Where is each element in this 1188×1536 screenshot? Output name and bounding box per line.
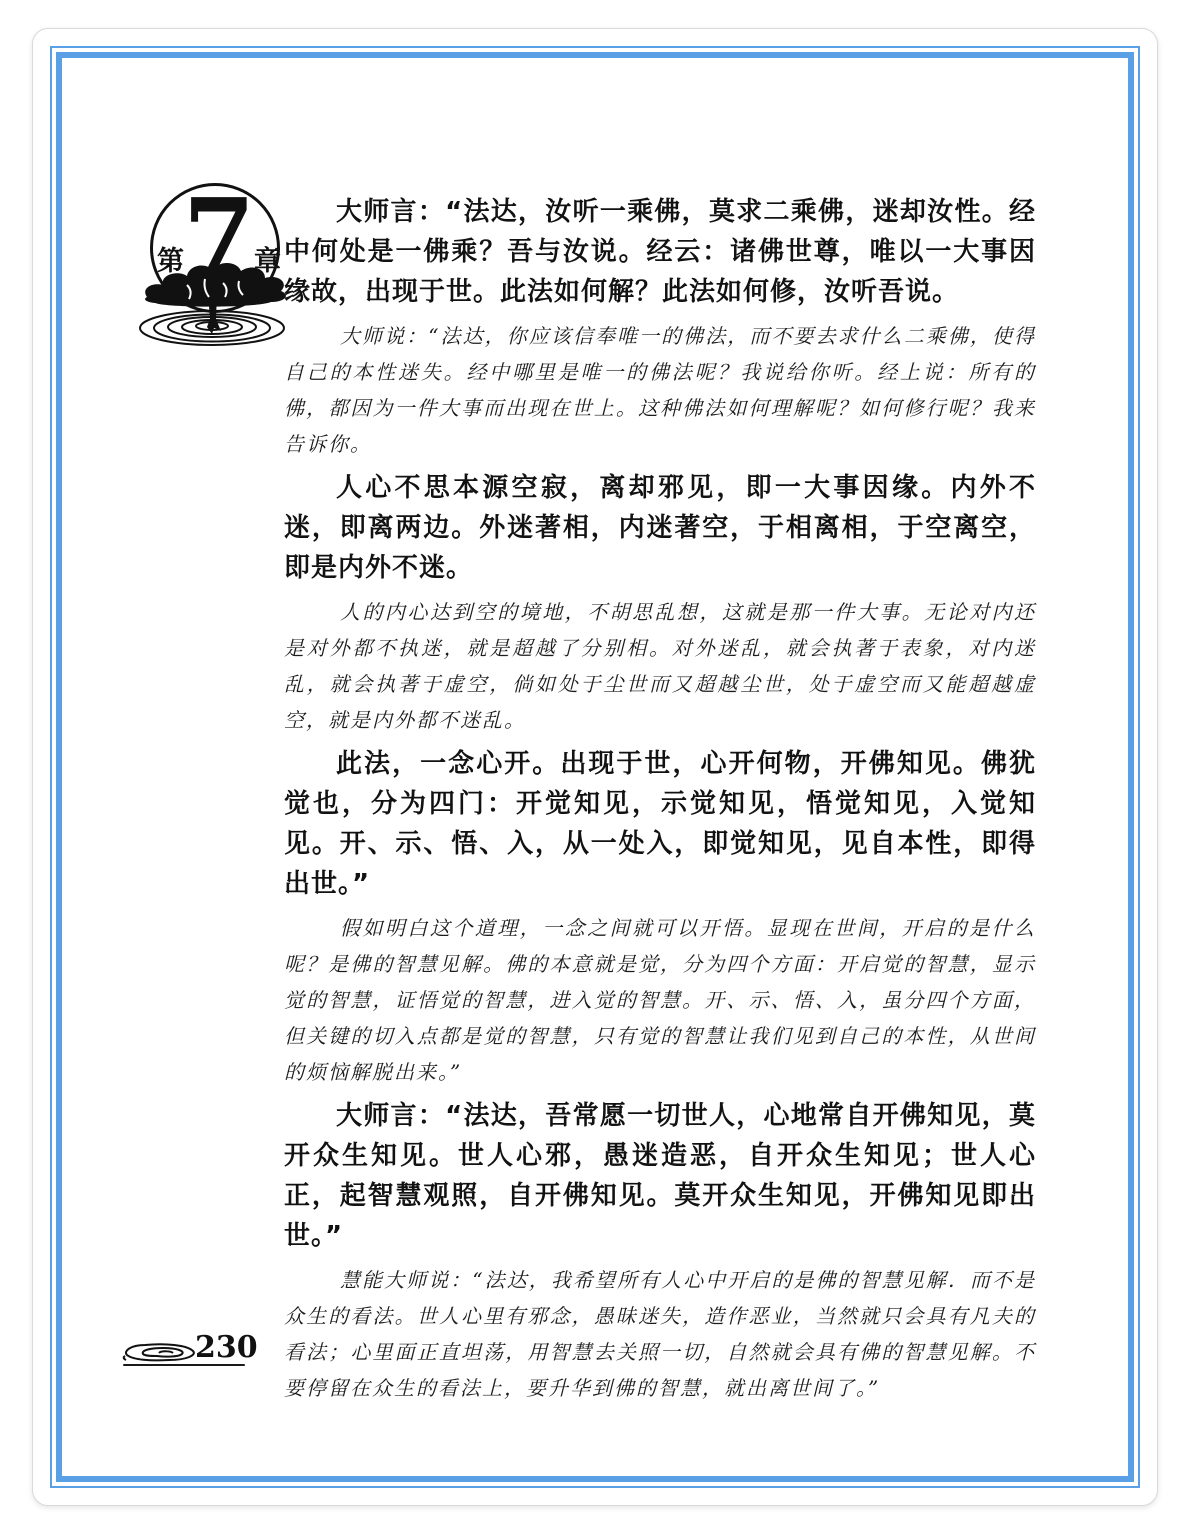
book-page: 第 7 章 (32, 28, 1158, 1506)
page-number: 230 (195, 1331, 258, 1365)
commentary-paragraph: 大师说：“法达，你应该信奉唯一的佛法，而不要去求什么二乘佛，使得自己的本性迷失。… (284, 318, 1036, 462)
sutra-quote-paragraph: 大师言：“法达，吾常愿一切世人，心地常自开佛知见，莫开众生知见。世人心邪，愚迷造… (284, 1096, 1036, 1256)
commentary-paragraph: 慧能大师说：“法达，我希望所有人心中开启的是佛的智慧见解．而不是众生的看法。世人… (284, 1262, 1036, 1406)
commentary-paragraph: 假如明白这个道理，一念之间就可以开悟。显现在世间，开启的是什么呢？是佛的智慧见解… (284, 910, 1036, 1090)
sutra-quote-paragraph: 大师言：“法达，汝听一乘佛，莫求二乘佛，迷却汝性。经中何处是一佛乘？吾与汝说。经… (284, 192, 1036, 312)
cloud-ornament-icon (121, 1339, 199, 1367)
sutra-quote-paragraph: 此法，一念心开。出现于世，心开何物，开佛知见。佛犹觉也，分为四门：开觉知见，示觉… (284, 744, 1036, 904)
sutra-quote-paragraph: 人心不思本源空寂，离却邪见，即一大事因缘。内外不迷，即离两边。外迷著相，内迷著空… (284, 468, 1036, 588)
chapter-badge: 第 7 章 (139, 181, 299, 361)
page-background: 第 7 章 (0, 0, 1188, 1536)
page-number-footer: 230 (121, 1331, 251, 1375)
commentary-paragraph: 人的内心达到空的境地，不胡思乱想，这就是那一件大事。无论对内还是对外都不执迷，就… (284, 594, 1036, 738)
tree-ripples-icon (139, 181, 299, 361)
text-column: 大师言：“法达，汝听一乘佛，莫求二乘佛，迷却汝性。经中何处是一佛乘？吾与汝说。经… (284, 192, 1036, 1406)
page-number-underline (123, 1364, 245, 1366)
